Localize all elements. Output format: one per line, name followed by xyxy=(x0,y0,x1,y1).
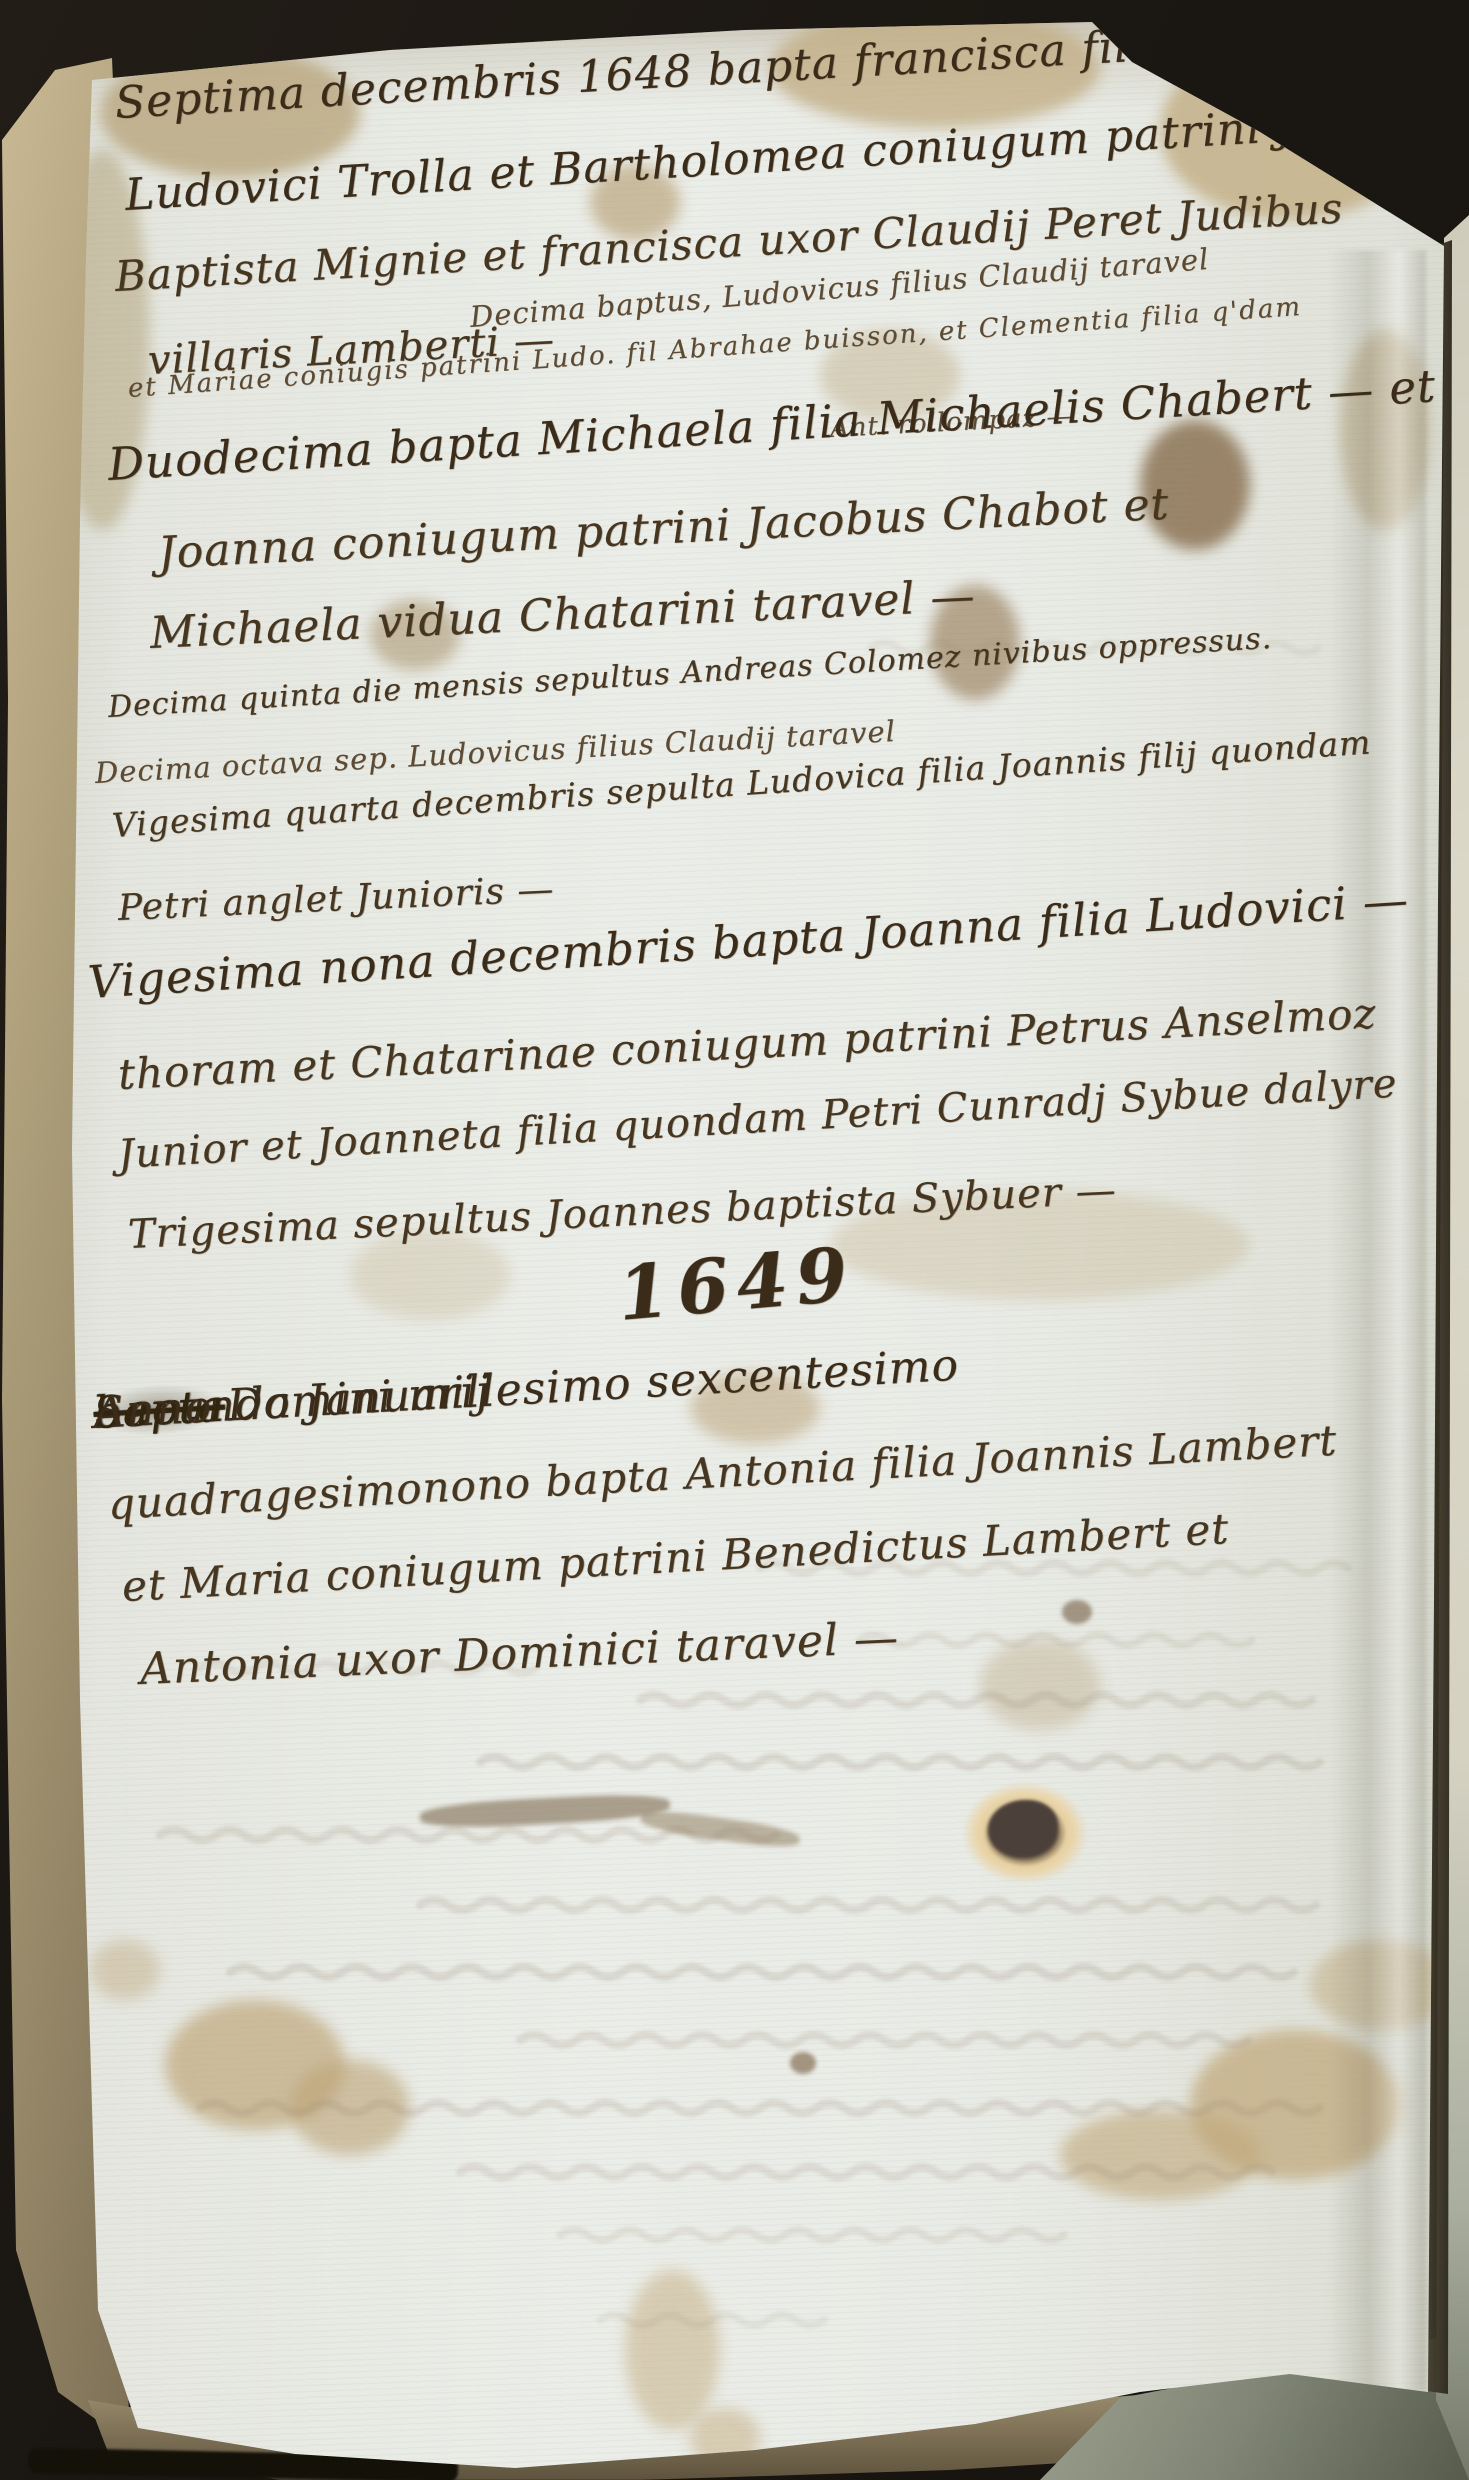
ink-blot xyxy=(988,1800,1058,1858)
page-crease xyxy=(1330,250,1426,2390)
manuscript-photo: Septima decembris 1648 bapta francisca f… xyxy=(0,0,1469,2480)
manuscript-page: Septima decembris 1648 bapta francisca f… xyxy=(0,0,1469,2480)
